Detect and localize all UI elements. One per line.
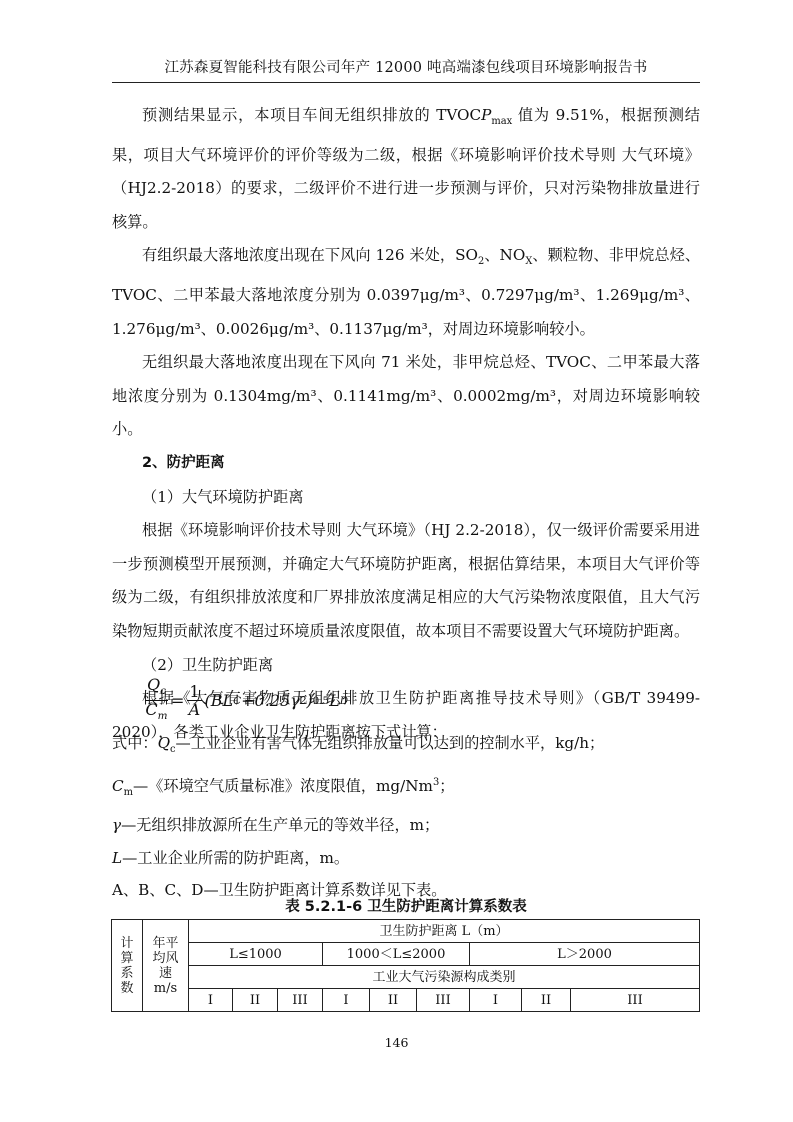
definition-qc: 式中：Qc—工业企业有害气体无组织排放量可以达到的控制水平，kg/h；: [112, 727, 700, 767]
category-cell: III: [571, 989, 700, 1012]
category-cell: III: [417, 989, 470, 1012]
header-divider: [112, 82, 700, 83]
page-number: 146: [0, 1035, 793, 1050]
section-heading-protection-distance: 2、防护距离: [112, 447, 700, 481]
range-le-1000: L≤1000: [189, 943, 323, 966]
table-caption: 表 5.2.1-6 卫生防护距离计算系数表: [112, 895, 700, 916]
range-gt-2000: L＞2000: [470, 943, 700, 966]
formula-lhs-fraction: Qc Cm: [145, 676, 168, 725]
main-body: 预测结果显示，本项目车间无组织排放的 TVOCPmax 值为 9.51%，根据预…: [112, 99, 700, 749]
header-source-category: 工业大气污染源构成类别: [189, 966, 700, 989]
paragraph-prediction-result: 预测结果显示，本项目车间无组织排放的 TVOCPmax 值为 9.51%，根据预…: [112, 99, 700, 239]
paragraph-atmospheric-protection: 根据《环境影响评价技术导则 大气环境》（HJ 2.2-2018），仅一级评价需要…: [112, 514, 700, 648]
formula-rhs-fraction: 1 A: [187, 683, 201, 719]
category-cell: II: [522, 989, 571, 1012]
formula-definitions: 式中：Qc—工业企业有害气体无组织排放量可以达到的控制水平，kg/h； Cm—《…: [112, 727, 700, 907]
coefficient-table: 计算系数 年平均风速 m/s 卫生防护距离 L（m） L≤1000 1000＜L…: [111, 919, 700, 1012]
protection-distance-formula: Qc Cm = 1 A (BLC +0.25γ2)0.5 LD: [142, 676, 348, 725]
document-header: 江苏森夏智能科技有限公司年产 12000 吨高端漆包线项目环境影响报告书: [112, 56, 700, 77]
category-cell: III: [278, 989, 323, 1012]
category-cell: I: [470, 989, 522, 1012]
category-cell: I: [323, 989, 370, 1012]
category-cell: I: [189, 989, 233, 1012]
header-wind-speed: 年平均风速 m/s: [143, 920, 189, 1012]
definition-gamma: γ—无组织排放源所在生产单元的等效半径，m；: [112, 809, 700, 842]
header-coefficient: 计算系数: [112, 920, 143, 1012]
category-cell: II: [370, 989, 417, 1012]
category-cell: II: [233, 989, 278, 1012]
paragraph-unorganized-emission: 无组织最大落地浓度出现在下风向 71 米处，非甲烷总烃、TVOC、二甲苯最大落地…: [112, 346, 700, 447]
paragraph-organized-emission: 有组织最大落地浓度出现在下风向 126 米处，SO2、NOX、颗粒物、非甲烷总烃…: [112, 239, 700, 346]
range-1000-2000: 1000＜L≤2000: [323, 943, 470, 966]
definition-cm: Cm—《环境空气质量标准》浓度限值，mg/Nm3；: [112, 767, 700, 810]
subheading-atmospheric-protection: （1）大气环境防护距离: [112, 481, 700, 515]
definition-l: L—工业企业所需的防护距离，m。: [112, 842, 700, 875]
header-distance: 卫生防护距离 L（m）: [189, 920, 700, 943]
